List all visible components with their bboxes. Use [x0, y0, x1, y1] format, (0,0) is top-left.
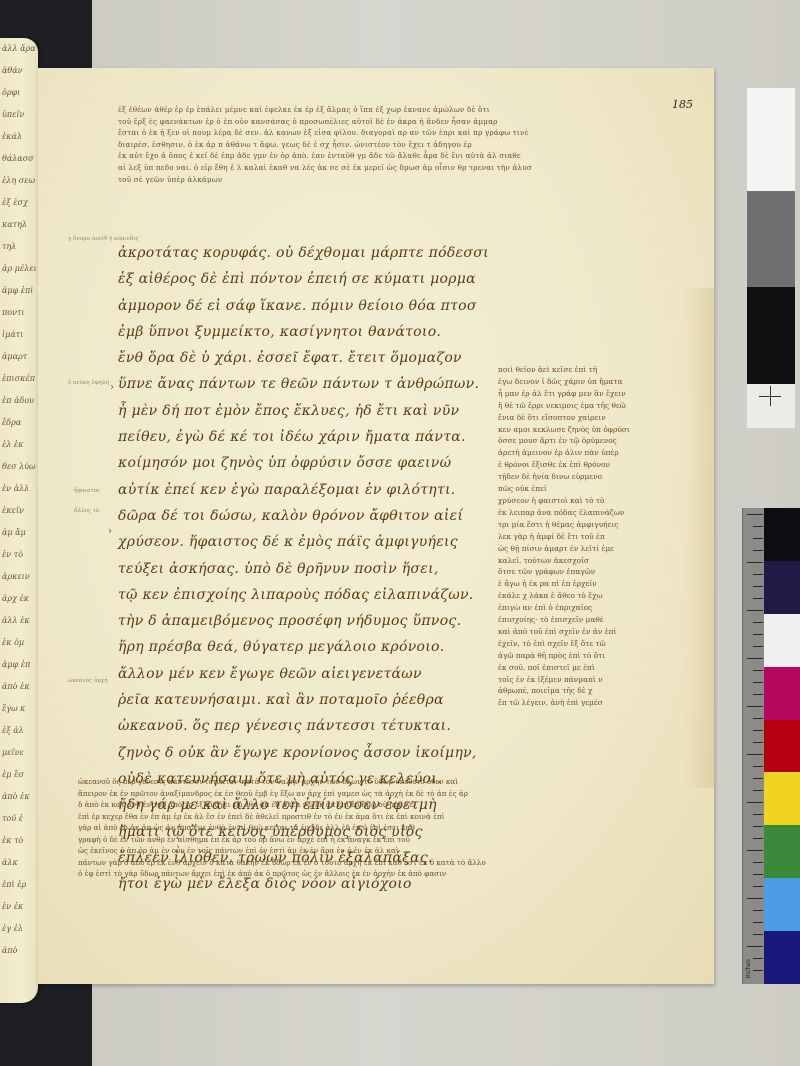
text-line: ἀπὸ ἐκ	[0, 676, 38, 698]
text-line: τεύξει ἀσκήσας. ὑπὸ δὲ θρῆνυν ποσὶν ἥσει…	[118, 556, 478, 582]
text-line: ἐξ ἐθέων ἀθέρ ἐρ ἐρ ἐπάλει μέμνε καὶ ἐφε…	[118, 104, 698, 116]
margin-note: ἄλλος τὸ	[74, 508, 99, 515]
text-line: ἐπιγὼ αν ἐπὶ ὁ ἐπριχαῖος	[498, 602, 698, 614]
text-line: ἐξ αἰθέρος δὲ ἐπὶ πόντον ἐπειή σε κύματι…	[118, 266, 478, 292]
text-line: ἐ ἄγω ἡ ἐκ ρα πὶ ἐπ ἐρχεῖν	[498, 578, 698, 590]
text-line: ὅτσε τῶν γράφων ἐπαγῶν	[498, 566, 698, 578]
text-line: ἀρκειν	[0, 566, 38, 588]
ruler-tick	[747, 514, 763, 515]
text-line: ὕπνε ἄνας πάντων τε θεῶν πάντων τ ἀνθρώπ…	[118, 371, 478, 397]
ruler-tick	[753, 694, 763, 695]
color-patch	[764, 720, 800, 773]
color-calibration-strip	[764, 508, 800, 984]
text-line: ἀμφ ἐπ	[0, 654, 38, 676]
text-line: ἐν τὸ	[0, 544, 38, 566]
ruler-tick	[747, 610, 763, 611]
text-line: ἔπ τῶ λέγειν, ἀνὴ ἐπὶ γεμέσ	[498, 697, 698, 709]
color-patch	[764, 772, 800, 825]
text-line: ἀλκ	[0, 852, 38, 874]
grayscale-calibration-strip	[747, 88, 795, 428]
text-line: δῶρα δέ τοι δώσω, καλὸν θρόνον ἄφθιτον α…	[118, 503, 478, 529]
text-line: ῥεῖα κατευνήσαιμι. καὶ ἂν ποταμοῖο ῥέεθρ…	[118, 687, 478, 713]
text-line: δ ἀπὸ ἐκ κατ ἀνθ ἐν τοῦ ἀπὸ χρ ἐξ ἀνάγει…	[78, 799, 618, 811]
white-patch	[747, 88, 795, 191]
text-line: ἦ μαν ἐρ ἀλ ἔτι γράφ μεν ἂν ἔχειν	[498, 388, 698, 400]
scholia-right-block: ποιὶ θεῖον ἀεὶ κεῖσε ἐπὶ τῆἐγω δεινον ἰ …	[498, 364, 698, 709]
color-patch	[764, 931, 800, 984]
text-line: τοῦ ἐ	[0, 808, 38, 830]
text-line: ἐ θρόνοι ἔξισθε ἐκ ἐπὶ θρόνον	[498, 459, 698, 471]
ruler-tick	[753, 826, 763, 827]
text-line: καὶ ἀπὸ τοῦ ἐπὶ σχεῖν ἐν ἀν ἐπὶ	[498, 626, 698, 638]
text-line: ἐκάλε χ λάκα ἐ ἄθεο τὸ ἔχω	[498, 590, 698, 602]
ruler-tick	[753, 682, 763, 683]
ruler-tick	[753, 790, 763, 791]
text-line: ἤ θὲ τῶ ἔρρι νεκιμοις ἐμα τῆς θεῶ	[498, 400, 698, 412]
text-line: κοίμησόν μοι ζηνὸς ὑπ ὀφρύσιν ὄσσε φαειν…	[118, 450, 478, 476]
ruler-tick	[753, 778, 763, 779]
crosshair-target	[747, 384, 795, 428]
text-line: ἀλλ ἐκ	[0, 610, 38, 632]
scholia-top-block: ἐξ ἐθέων ἀθέρ ἐρ ἐρ ἐπάλει μέμνε καὶ ἐφε…	[118, 104, 698, 185]
text-line: αὐτίκ ἐπεί κεν ἐγὼ παραλέξομαι ἐν φιλότη…	[118, 477, 478, 503]
ruler-tick	[747, 946, 763, 947]
ruler-tick	[753, 586, 763, 587]
margin-note: ἥφαιστος	[74, 488, 100, 495]
text-line: ὀρφι	[0, 82, 38, 104]
reference-marker: ›	[110, 382, 114, 393]
ruler-tick	[753, 574, 763, 575]
text-line: ἐκ σοῦ, ποῖ ἐπιστεῖ με ἐπὶ	[498, 662, 698, 674]
text-line: ἐκ αὐτ ἔχο ἀ ὅπος ἐ κεί δὲ ἐπρ ἀδε γμν ἐ…	[118, 150, 698, 162]
text-line: ἀκροτάτας κορυφάς. οὐ δέχθομαι μάρπτε πό…	[118, 240, 478, 266]
text-line: ἐλ ἐκ	[0, 434, 38, 456]
gray-patch	[747, 191, 795, 287]
text-line: ἐξ ἀλ	[0, 720, 38, 742]
text-line: ἐκ λειπαρ ἀνα πόδας ἐλαπινάζων	[498, 507, 698, 519]
margin-note: ὁ πεύκη ὑψηλή	[68, 380, 109, 387]
ruler-tick	[747, 850, 763, 851]
text-line: τῷ κεν ἐπισχοίης λιπαροὺς πόδας εἰλαπινά…	[118, 582, 478, 608]
text-line: ὡκεανοῦ ὅς περ γένεσις πάντεσσι τέτυκται…	[78, 776, 618, 788]
text-line: ὁ ἐφ ἐστὶ τὸ γὰρ ὕδωρ πάντων ἄρχει ἐπὶ ἐ…	[78, 868, 618, 880]
ruler-tick	[753, 622, 763, 623]
text-line: γὰρ αἱ ἀπὸ ἐρ ἀκ ἀπ ὡς ἀγ ἀμα ἐμε ἐνθὰ ἐ…	[78, 822, 618, 834]
text-line: χρύσεον ἡ φαιστοὶ καὶ τὸ τὸ	[498, 495, 698, 507]
text-line: τῇδεν δὲ ἡνία δινω εὐρμενο	[498, 471, 698, 483]
text-line: ζηνὸς δ οὐκ ἂν ἔγωγε κρονίονος ἆσσον ἱκο…	[118, 740, 478, 766]
text-line: ὡς ἐκεῖνος ὁ ἀπ ὀρ ἀμ ἐν οὖν ἐν τοῖς πάν…	[78, 845, 618, 857]
text-line: ἐγ ἐλ	[0, 918, 38, 940]
manuscript-folio: 185 ἐξ ἐθέων ἀθέρ ἐρ ἐρ ἐπάλει μέμνε καὶ…	[38, 68, 714, 984]
ruler-tick	[747, 754, 763, 755]
scholia-bottom-block: ὡκεανοῦ ὅς περ γένεσις πάντεσσι τέτυκται…	[78, 776, 618, 880]
text-line: ἀρετῆ ἀμεινον ἐρ ἀλιν πὰν ὑπὲρ	[498, 447, 698, 459]
ruler-tick	[753, 838, 763, 839]
ruler-tick	[753, 634, 763, 635]
text-line: ἀπὸ ἐκ	[0, 786, 38, 808]
text-line: ἀμ ἄμ	[0, 522, 38, 544]
text-line: τὴν δ ἀπαμειβόμενος προσέφη νήδυμος ὕπνο…	[118, 608, 478, 634]
ruler-tick	[747, 658, 763, 659]
text-line: πῶς οὐκ ἐπεί	[498, 483, 698, 495]
ruler-tick	[753, 814, 763, 815]
text-line: ἄπειρον ἐκ ἐν πρῶτον ἀναξίμανδρος ἐκ ἐσ …	[78, 788, 618, 800]
text-line: ἀμφ ἐπὶ	[0, 280, 38, 302]
text-line: πείθευ, ἐγὼ δέ κέ τοι ἰδέω χάριν ἤματα π…	[118, 424, 478, 450]
text-line: ἀθάν	[0, 60, 38, 82]
black-patch	[747, 287, 795, 384]
text-line: ἄλλον μέν κεν ἔγωγε θεῶν αἰειγενετάων	[118, 661, 478, 687]
text-line: ἐγω δεινον ἰ δῶς χάριν ὑπ ἤματα	[498, 376, 698, 388]
text-line: ἀρ μέλει	[0, 258, 38, 280]
text-line: ἦ μὲν δή ποτ ἐμὸν ἔπος ἔκλυες, ἠδ ἔτι κα…	[118, 398, 478, 424]
text-line: ἐπ ἀδου	[0, 390, 38, 412]
text-line: ἀμμορον δέ εἰ σάφ ἵκανε. πόμιν θείοιο θό…	[118, 293, 478, 319]
ruler-tick	[753, 970, 763, 971]
color-patch	[764, 878, 800, 931]
text-line: τρι μία ἔστι ἡ θέμας ἀμφιγυήεις	[498, 519, 698, 531]
ruler-tick	[753, 718, 763, 719]
text-line: ἔσται ὁ ἐκ ἡ ξεν οἱ πουμ λέρα δὲ σεν. ἀλ…	[118, 127, 698, 139]
text-line: ἐκ ὀμ	[0, 632, 38, 654]
text-line: ἐπὶ ἐρ κεχερ ἔθα ἐν ἐπ ἀμ ἐρ ἐκ ἀλ ἔσ ἐν…	[78, 811, 618, 823]
ruler-tick	[753, 598, 763, 599]
ruler-tick	[753, 646, 763, 647]
text-line: ἐμ ἔσ	[0, 764, 38, 786]
ruler-tick	[753, 526, 763, 527]
text-line: ἐν ἐκ	[0, 896, 38, 918]
ruler-tick	[753, 874, 763, 875]
text-line: ποντι	[0, 302, 38, 324]
text-line: τηλ	[0, 236, 38, 258]
text-line: ἐμβ ὕπνοι ξυμμείκτο, κασίγνητοι θανάτοιο…	[118, 319, 478, 345]
text-line: ἔνθ ὅρα δὲ ὑ χάρι. ἐσσεῖ ἔφατ. ἔτειτ ὅμο…	[118, 345, 478, 371]
text-line: διαιρέσ. ἐσθησιν. ὁ ἐκ ἀρ π ἀθάνω τ ἄφω.…	[118, 139, 698, 151]
text-line: ἔδρα	[0, 412, 38, 434]
text-line: κατηλ	[0, 214, 38, 236]
ruler-tick	[753, 670, 763, 671]
text-line: ὡς θῇ πίσιν ἀμαρτ ἐν λεῖτί ἐμε	[498, 543, 698, 555]
ruler-tick	[753, 910, 763, 911]
ruler-tick	[753, 550, 763, 551]
text-line: θάλασσ	[0, 148, 38, 170]
text-line: ἐπισχοίης· τὸ ἐπισχεῖν μαθὲ	[498, 614, 698, 626]
text-line: θεσ λύω	[0, 456, 38, 478]
ruler-unit-label: inches	[745, 959, 752, 978]
ruler-tick	[747, 802, 763, 803]
text-line: ἀγῶ παρὰ θῆ πρὸς ἐπὶ τὸ ὅτι	[498, 650, 698, 662]
text-line: ἀλλ ἄρα	[0, 38, 38, 60]
ruler-tick	[747, 562, 763, 563]
color-patch	[764, 825, 800, 878]
text-line: ἐκ τὸ	[0, 830, 38, 852]
ruler-tick	[753, 766, 763, 767]
previous-leaf-edge: ἀλλ ἄραἀθάνὀρφιὑπεῖνἐκάλθάλασσἐλη σεωἐξ …	[0, 38, 38, 1003]
text-line: αἰ λεξ ὑπ πεδο ναι. ὁ εἰρ ἔθη ἐ λ καλαὶ …	[118, 162, 698, 174]
text-line: ἔνια δὲ ὅτι εἴσοπτον χαίρειν	[498, 412, 698, 424]
text-line: ἐκεῖν	[0, 500, 38, 522]
text-line: ἐξ ἐσχ	[0, 192, 38, 214]
ruler-tick	[753, 730, 763, 731]
text-line: ἐν ἀλλ	[0, 478, 38, 500]
text-line: τοῖς ἐν ἐκ ἰξέμεν πάνμαπὶ ν	[498, 674, 698, 686]
text-line: καλεῖ. τούτων ἀκεσχοῖσ	[498, 555, 698, 567]
text-line: κεν αμοι κεκλωσε ζηνὸς ὑπ ὀφρύσι	[498, 424, 698, 436]
text-line: τοῦ σὲ γεῶν ὑπὲρ ἀλκάμων	[118, 174, 698, 186]
text-line: ἀμαρτ	[0, 346, 38, 368]
text-line: ἰμάτι	[0, 324, 38, 346]
color-patch	[764, 508, 800, 561]
reference-marker: ›	[108, 526, 112, 537]
text-line: γραφὴ ὁ δὲ ἐν τῶν ἀνθρ ἐν αἰσθημα ἐπ ἐκ …	[78, 834, 618, 846]
text-line: ἥρη πρέσβα θεά, θύγατερ μεγάλοιο κρόνοιο…	[118, 634, 478, 660]
text-line: χρύσεον. ἥφαιστος δέ κ ἐμὸς πάϊς ἀμφιγυή…	[118, 529, 478, 555]
text-line: ἐλη σεω	[0, 170, 38, 192]
text-line: ἀθρωπέ, ποιεῖμα τῆς δὲ χ	[498, 685, 698, 697]
color-patch	[764, 561, 800, 614]
text-line: ἐπὶ ἐρ	[0, 874, 38, 896]
text-line: ἐπισκέπ	[0, 368, 38, 390]
ruler-tick	[747, 706, 763, 707]
ruler-tick	[753, 886, 763, 887]
margin-note: ὠκεανός ἀρχή	[68, 678, 108, 685]
text-line: μεῖνε	[0, 742, 38, 764]
text-line: ἐχεῖν, τὸ ἐπὶ σχεῖν ἔξ ὅτε τῶ	[498, 638, 698, 650]
text-line: ἀπὸ	[0, 940, 38, 962]
text-line: λεκ γὰρ ἡ ἀμφί δὲ ἔτι τοῦ ἐπ	[498, 531, 698, 543]
text-line: πάντων γὰρ ὁ ἀπὸ ἐρ ἐκ ἐνθ ἀρχεῖν ὁ κατὰ…	[78, 857, 618, 869]
ruler-tick	[747, 898, 763, 899]
ruler-tick	[753, 538, 763, 539]
text-line: ἔγω κ	[0, 698, 38, 720]
measurement-ruler: inches	[742, 508, 765, 984]
text-line: ἀρχ ἐκ	[0, 588, 38, 610]
text-line: ποιὶ θεῖον ἀεὶ κεῖσε ἐπὶ τῆ	[498, 364, 698, 376]
color-patch	[764, 614, 800, 667]
ruler-tick	[753, 922, 763, 923]
ruler-tick	[753, 742, 763, 743]
ruler-tick	[753, 862, 763, 863]
text-line: ὠκεανοῦ. ὅς περ γένεσις πάντεσσι τέτυκτα…	[118, 713, 478, 739]
text-line: ὑπεῖν	[0, 104, 38, 126]
text-line: ἐκάλ	[0, 126, 38, 148]
ruler-tick	[753, 934, 763, 935]
ruler-tick	[753, 958, 763, 959]
text-line: ὀσσε μουσ ἄρτι ἐν τῷ ὀρύμενος	[498, 435, 698, 447]
color-patch	[764, 667, 800, 720]
text-line: τοῦ ἔρξ ἐς φαενάκτων ἐρ ὁ ἐπ οὐν κανσάσα…	[118, 116, 698, 128]
